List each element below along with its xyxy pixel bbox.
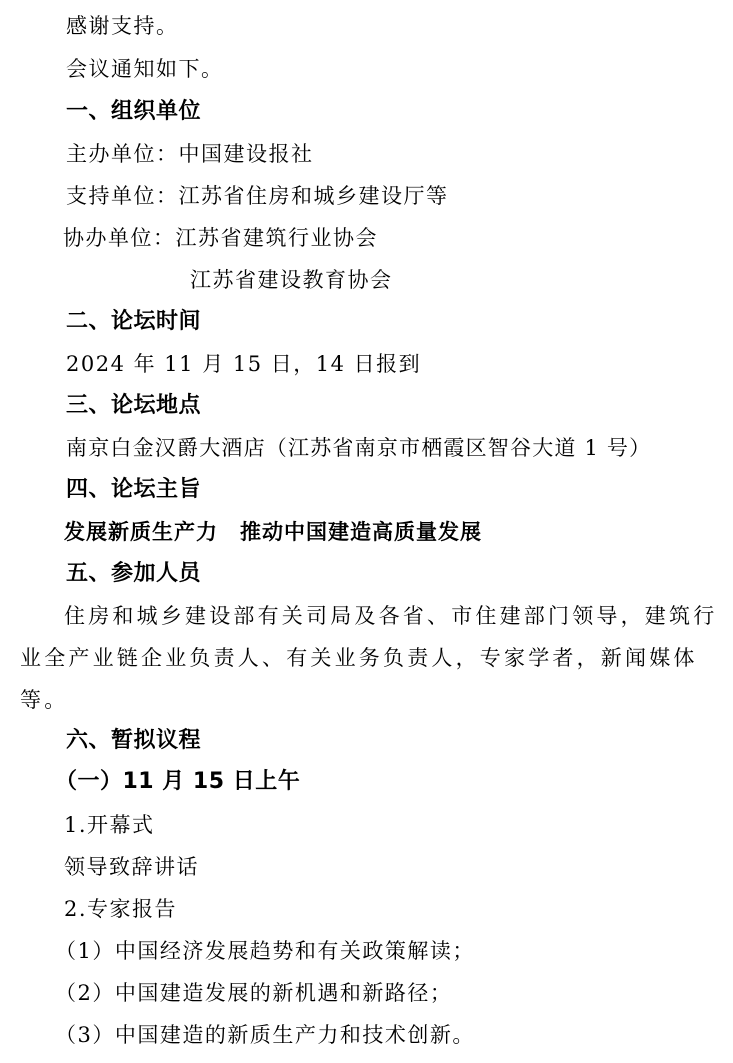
forum-theme: 发展新质生产力 推动中国建造高质量发展 bbox=[64, 518, 482, 546]
intro-line-2: 会议通知如下。 bbox=[66, 55, 224, 83]
agenda-item-opening-detail: 领导致辞讲话 bbox=[64, 853, 199, 881]
agenda-subheading-day1-morning: （一）11 月 15 日上午 bbox=[55, 768, 300, 796]
section-heading-time: 二、论坛时间 bbox=[66, 308, 201, 336]
section-heading-theme: 四、论坛主旨 bbox=[66, 476, 201, 504]
support-unit: 支持单位：江苏省住房和城乡建设厅等 bbox=[66, 182, 449, 210]
co-organizer-2: 江苏省建设教育协会 bbox=[190, 266, 393, 294]
section-heading-organizers: 一、组织单位 bbox=[66, 98, 201, 126]
forum-venue: 南京白金汉爵大酒店（江苏省南京市栖霞区智谷大道 1 号） bbox=[66, 434, 651, 462]
forum-time: 2024 年 11 月 15 日，14 日报到 bbox=[66, 350, 421, 378]
co-organizer-1: 协办单位：江苏省建筑行业协会 bbox=[63, 224, 378, 252]
report-item-3: （3）中国建造的新质生产力和技术创新。 bbox=[55, 1021, 475, 1049]
report-item-2: （2）中国建造发展的新机遇和新路径； bbox=[55, 979, 452, 1007]
report-item-1: （1）中国经济发展趋势和有关政策解读； bbox=[55, 937, 475, 965]
host-unit: 主办单位：中国建设报社 bbox=[66, 140, 314, 168]
section-heading-venue: 三、论坛地点 bbox=[66, 392, 201, 420]
section-heading-participants: 五、参加人员 bbox=[66, 560, 201, 588]
participants-paragraph: 住房和城乡建设部有关司局及各省、市住建部门领导，建筑行业全产业链企业负责人、有关… bbox=[20, 595, 720, 721]
agenda-item-expert-reports: 2.专家报告 bbox=[64, 895, 177, 923]
agenda-item-opening: 1.开幕式 bbox=[64, 811, 155, 839]
intro-line-1: 感谢支持。 bbox=[66, 12, 179, 40]
participants-text: 住房和城乡建设部有关司局及各省、市住建部门领导，建筑行业全产业链企业负责人、有关… bbox=[20, 604, 717, 712]
section-heading-agenda: 六、暂拟议程 bbox=[66, 727, 201, 755]
